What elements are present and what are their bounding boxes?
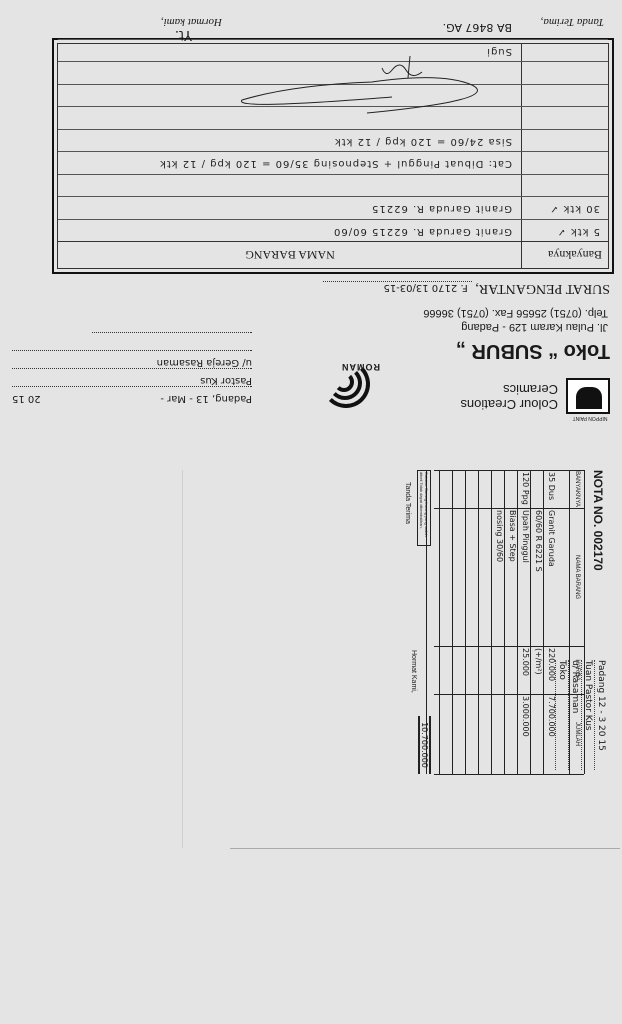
nota-cell-item: Biasa + Step [508,510,517,562]
nota-cell-item: Granit Garuda [547,510,556,567]
nota-cell-qty: 35 Dus [547,472,556,500]
table-row: 60/60 R 6221 S(+/m²) [530,470,544,774]
nota-header-field: Padang 12 - 3 20 15 [594,660,607,770]
nota-return-note: Catatan: Barang-barang yang sudah dibeli… [417,470,431,546]
scan-edge-line [182,470,183,848]
surat-pengantar-document: NIPPON PAINT Colour Creations Ceramics R… [0,0,622,440]
nota-regards-label: Hormat Kami, [410,650,417,693]
nota-number: 002170 [591,531,605,571]
nota-cell-price: 220.000 [547,648,556,681]
nota-receipt: NOTA NO. 002170 Padang 12 - 3 20 15Tuan … [207,470,527,880]
nota-column-header: JUMLAH [569,694,584,774]
table-row [439,470,453,774]
nota-column-header: NAMA BARANG [569,508,584,646]
nota-column-header: HARGA [569,646,584,694]
table-row: nosing 30/60 [491,470,505,774]
nota-cell-item: nosing 30/60 [495,510,504,562]
nota-received-label: Tanda Terima [404,482,411,524]
nota-title: NOTA NO. 002170 [591,470,605,571]
nota-cell-amount: 7.700.000 [547,696,556,737]
nota-column-header: BANYAKNYA [569,470,584,508]
strike-through-scribble [0,0,622,440]
nota-cell-qty: 120 Ppg [521,472,530,505]
nota-cell-price: (+/m²) [534,648,543,675]
nota-content: NOTA NO. 002170 Padang 12 - 3 20 15Tuan … [427,470,607,770]
table-row [465,470,479,774]
table-row [478,470,492,774]
nota-cell-item: 60/60 R 6221 S [534,510,543,572]
table-row: 120 PpgUpah Pinggul25.0003.000.000 [517,470,531,774]
nota-table: BANYAKNYANAMA BARANGHARGAJUMLAH35 DusGra… [434,470,585,774]
table-row: 35 DusGranit Garuda220.0007.700.000 [543,470,557,774]
nota-cell-amount: 3.000.000 [521,696,530,737]
nota-title-label: NOTA NO. [591,470,605,527]
nota-total: 10.700.000 [418,716,431,774]
nota-cell-item: Upah Pinggul [521,510,530,563]
table-row [452,470,466,774]
nota-cell-price: 25.000 [521,648,530,676]
table-row: Biasa + Step [504,470,518,774]
